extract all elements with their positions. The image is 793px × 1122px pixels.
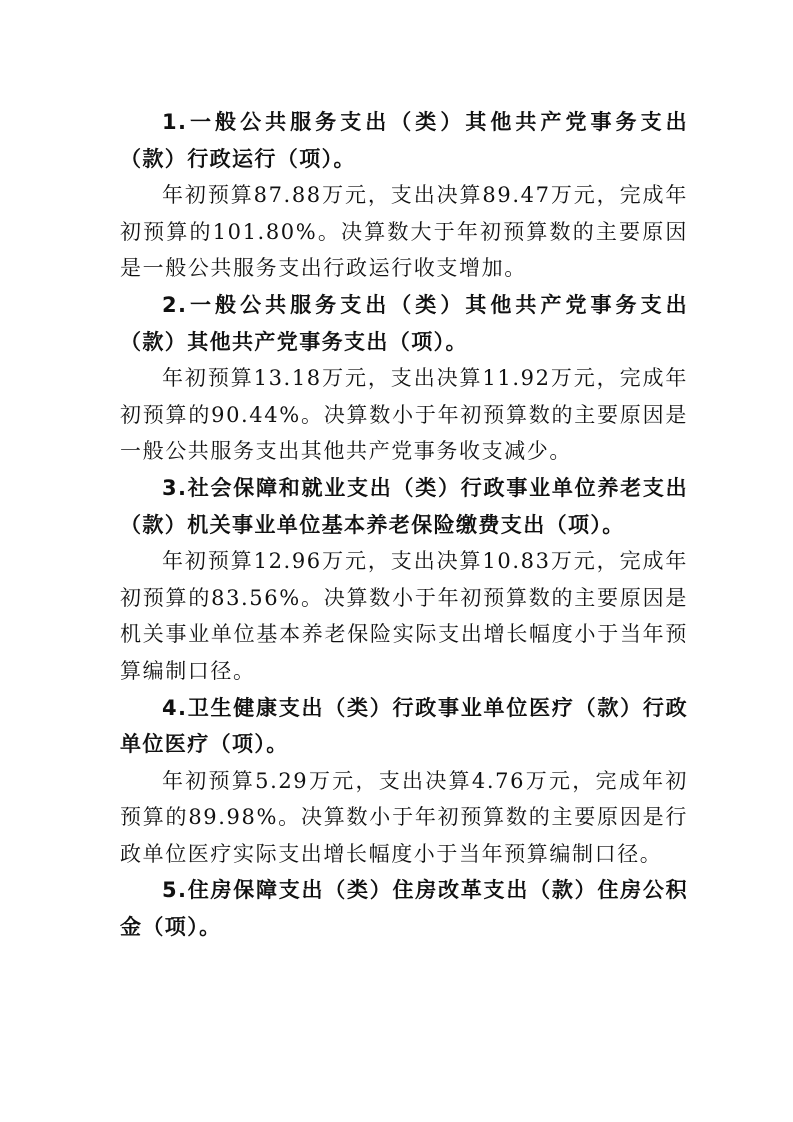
section-2-heading: 2.一般公共服务支出（类）其他共产党事务支出（款）其他共产党事务支出（项）。 [120,287,688,360]
section-1-body: 年初预算87.88万元，支出决算89.47万元，完成年初预算的101.80%。决… [120,177,688,287]
section-5-heading: 5.住房保障支出（类）住房改革支出（款）住房公积金（项）。 [120,872,688,945]
section-3-body: 年初预算12.96万元，支出决算10.83万元，完成年初预算的83.56%。决算… [120,543,688,689]
document-page: 1.一般公共服务支出（类）其他共产党事务支出（款）行政运行（项）。 年初预算87… [120,104,688,946]
section-4-body: 年初预算5.29万元，支出决算4.76万元，完成年初预算的89.98%。决算数小… [120,763,688,873]
section-4-heading: 4.卫生健康支出（类）行政事业单位医疗（款）行政单位医疗（项）。 [120,690,688,763]
section-2-body: 年初预算13.18万元，支出决算11.92万元，完成年初预算的90.44%。决算… [120,360,688,470]
section-1-heading: 1.一般公共服务支出（类）其他共产党事务支出（款）行政运行（项）。 [120,104,688,177]
section-3-heading: 3.社会保障和就业支出（类）行政事业单位养老支出（款）机关事业单位基本养老保险缴… [120,470,688,543]
